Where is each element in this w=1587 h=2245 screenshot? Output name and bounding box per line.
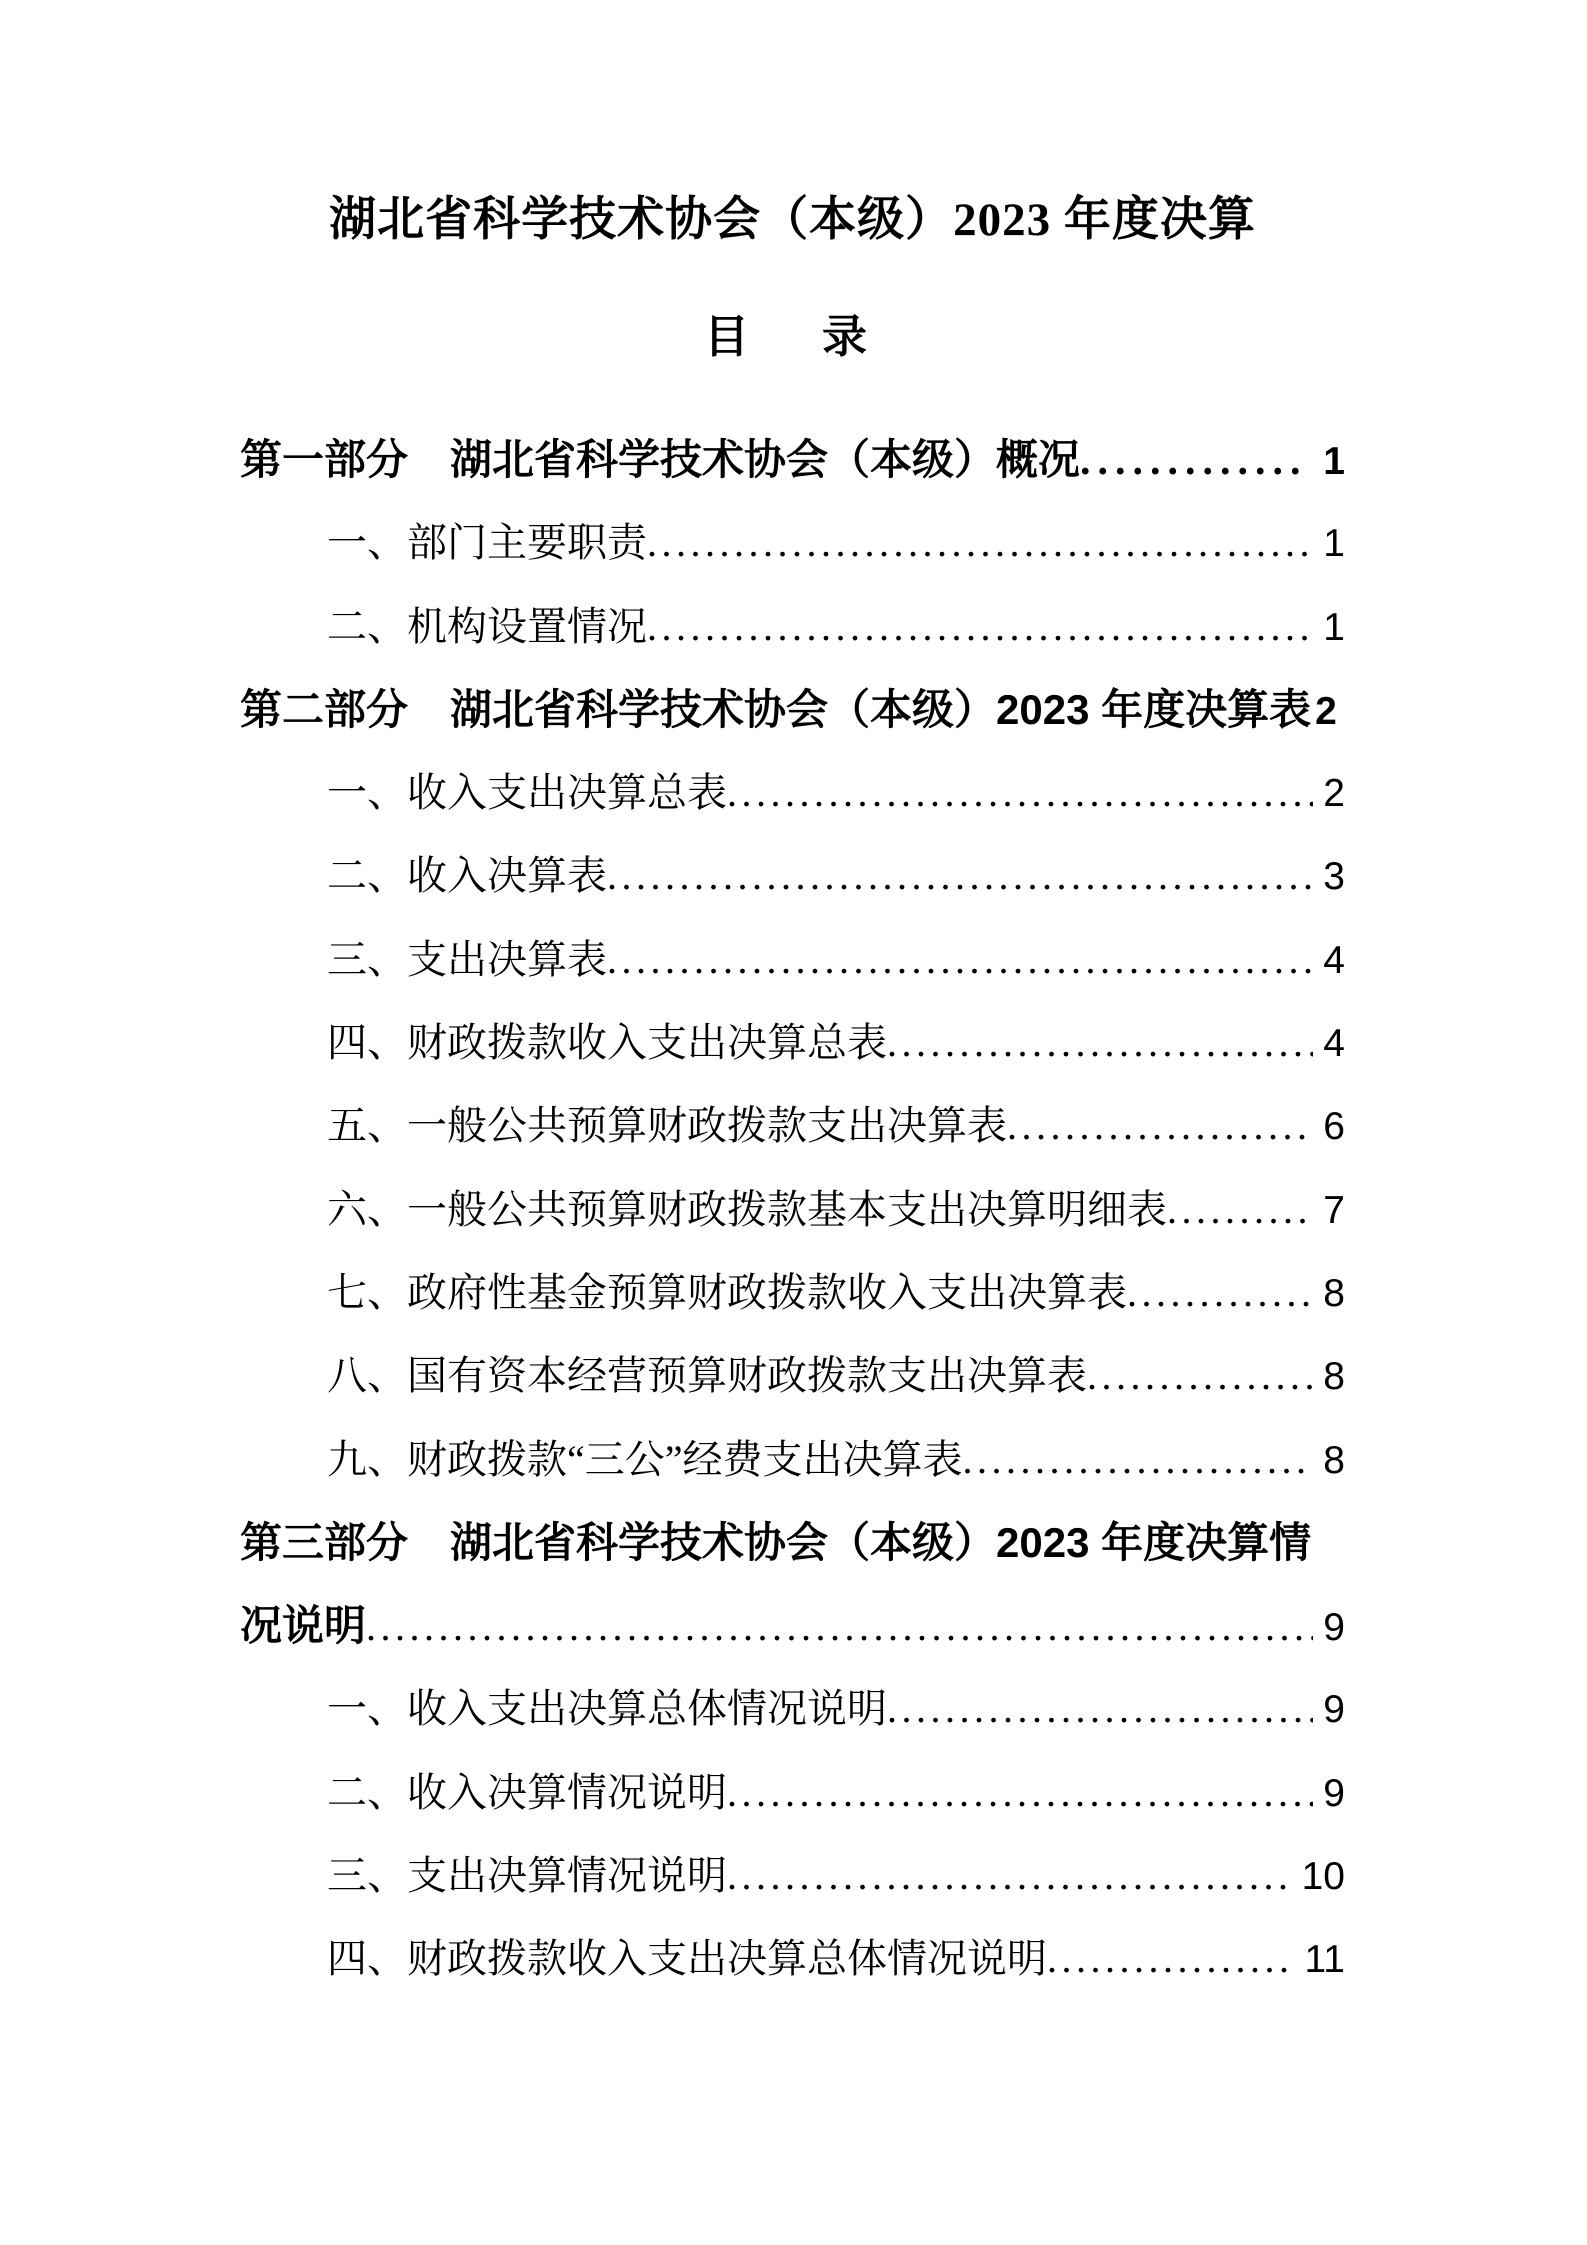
toc-page-number: 9	[1323, 1586, 1345, 1669]
toc-dot-leader	[727, 1751, 1313, 1834]
toc-entry-label: 二、收入决算表	[327, 834, 607, 917]
document-content: 湖北省科学技术协会（本级）2023 年度决算 目 录 第一部分 湖北省科学技术协…	[240, 0, 1345, 2001]
toc-entry-label: 七、政府性基金预算财政拨款收入支出决算表	[327, 1251, 1127, 1334]
toc-entry: 三、支出决算情况说明10	[240, 1834, 1345, 1917]
toc-entry-label: 三、支出决算情况说明	[327, 1834, 727, 1917]
toc-dot-leader	[1080, 420, 1307, 503]
toc-dot-leader	[727, 1834, 1292, 1917]
document-title: 湖北省科学技术协会（本级）2023 年度决算	[240, 188, 1345, 252]
toc-entry-label: 四、财政拨款收入支出决算总表	[327, 1001, 887, 1084]
toc-page-number: 8	[1323, 1419, 1345, 1502]
toc-dot-leader	[1007, 1084, 1313, 1167]
toc-dot-leader	[647, 585, 1313, 668]
toc-entry-label: 五、一般公共预算财政拨款支出决算表	[327, 1084, 1007, 1167]
toc-dot-leader	[1047, 1917, 1295, 2000]
toc-page-number: 4	[1323, 919, 1345, 1002]
toc-entry-label: 三、支出决算表	[327, 918, 607, 1001]
toc-entry-label: 第一部分 湖北省科学技术协会（本级）概况	[240, 418, 1080, 501]
toc-dot-leader	[887, 1001, 1313, 1084]
toc-page-number: 8	[1323, 1335, 1345, 1418]
toc-entry: 三、支出决算表4	[240, 918, 1345, 1001]
toc-heading: 目 录	[240, 308, 1345, 366]
toc-dot-leader	[607, 918, 1313, 1001]
toc-dot-leader	[607, 834, 1313, 917]
document-page: 湖北省科学技术协会（本级）2023 年度决算 目 录 第一部分 湖北省科学技术协…	[0, 0, 1587, 2245]
toc-dot-leader	[647, 501, 1313, 584]
toc-entry: 六、一般公共预算财政拨款基本支出决算明细表7	[240, 1168, 1345, 1251]
toc-entry-label: 一、收入支出决算总体情况说明	[327, 1667, 887, 1750]
toc-entry: 一、部门主要职责1	[240, 501, 1345, 584]
toc-dot-leader	[963, 1418, 1314, 1501]
toc-page-number: 1	[1323, 586, 1345, 669]
toc-entry-label: 一、部门主要职责	[327, 501, 647, 584]
toc-entry-label: 八、国有资本经营预算财政拨款支出决算表	[327, 1334, 1087, 1417]
toc-entry: 二、收入决算表3	[240, 834, 1345, 917]
toc-entry-label: 九、财政拨款“三公”经费支出决算表	[327, 1418, 963, 1501]
toc-entry: 第一部分 湖北省科学技术协会（本级）概况1	[240, 418, 1345, 501]
toc-entry: 况说明9	[240, 1584, 1345, 1667]
toc-entry-label: 二、收入决算情况说明	[327, 1751, 727, 1834]
toc-page-number: 8	[1323, 1252, 1345, 1335]
toc-entry-label: 一、收入支出决算总表	[327, 751, 727, 834]
toc-entry: 七、政府性基金预算财政拨款收入支出决算表8	[240, 1251, 1345, 1334]
toc-dot-leader	[727, 751, 1313, 834]
toc-entry: 一、收入支出决算总体情况说明9	[240, 1667, 1345, 1750]
toc-entry-label: 六、一般公共预算财政拨款基本支出决算明细表	[327, 1168, 1167, 1251]
toc-page-number: 2	[1323, 752, 1345, 835]
toc-entry-label: 况说明	[240, 1584, 366, 1667]
toc-entry-label: 四、财政拨款收入支出决算总体情况说明	[327, 1917, 1047, 2000]
toc-entry: 二、机构设置情况1	[240, 585, 1345, 668]
toc-entry: 二、收入决算情况说明9	[240, 1751, 1345, 1834]
toc-page-number: 3	[1323, 835, 1345, 918]
toc-entry-label: 第二部分 湖北省科学技术协会（本级）2023 年度决算表	[240, 668, 1311, 751]
toc-entry-label: 二、机构设置情况	[327, 585, 647, 668]
toc-list: 第一部分 湖北省科学技术协会（本级）概况1一、部门主要职责1二、机构设置情况1第…	[240, 418, 1345, 2001]
toc-page-number: 2	[1315, 670, 1337, 753]
toc-page-number: 11	[1305, 1918, 1346, 2001]
toc-entry: 第二部分 湖北省科学技术协会（本级）2023 年度决算表2	[240, 668, 1345, 751]
toc-page-number: 7	[1323, 1169, 1345, 1252]
toc-entry: 八、国有资本经营预算财政拨款支出决算表8	[240, 1334, 1345, 1417]
toc-dot-leader	[1127, 1251, 1313, 1334]
toc-page-number: 10	[1302, 1835, 1345, 1918]
toc-dot-leader	[366, 1585, 1313, 1669]
toc-entry: 九、财政拨款“三公”经费支出决算表8	[240, 1418, 1345, 1501]
toc-dot-leader	[1167, 1168, 1313, 1251]
toc-page-number: 1	[1323, 420, 1345, 503]
toc-dot-leader	[1087, 1334, 1313, 1417]
toc-page-number: 9	[1323, 1752, 1345, 1835]
toc-entry: 一、收入支出决算总表2	[240, 751, 1345, 834]
toc-page-number: 4	[1323, 1002, 1345, 1085]
toc-entry: 第三部分 湖北省科学技术协会（本级）2023 年度决算情	[240, 1501, 1345, 1584]
toc-dot-leader	[887, 1667, 1313, 1750]
toc-page-number: 6	[1323, 1085, 1345, 1168]
toc-entry: 四、财政拨款收入支出决算总表4	[240, 1001, 1345, 1084]
toc-entry: 四、财政拨款收入支出决算总体情况说明11	[240, 1917, 1345, 2000]
toc-page-number: 9	[1323, 1668, 1345, 1751]
toc-entry: 五、一般公共预算财政拨款支出决算表6	[240, 1084, 1345, 1167]
toc-page-number: 1	[1323, 502, 1345, 585]
toc-entry-label: 第三部分 湖北省科学技术协会（本级）2023 年度决算情	[240, 1501, 1311, 1584]
